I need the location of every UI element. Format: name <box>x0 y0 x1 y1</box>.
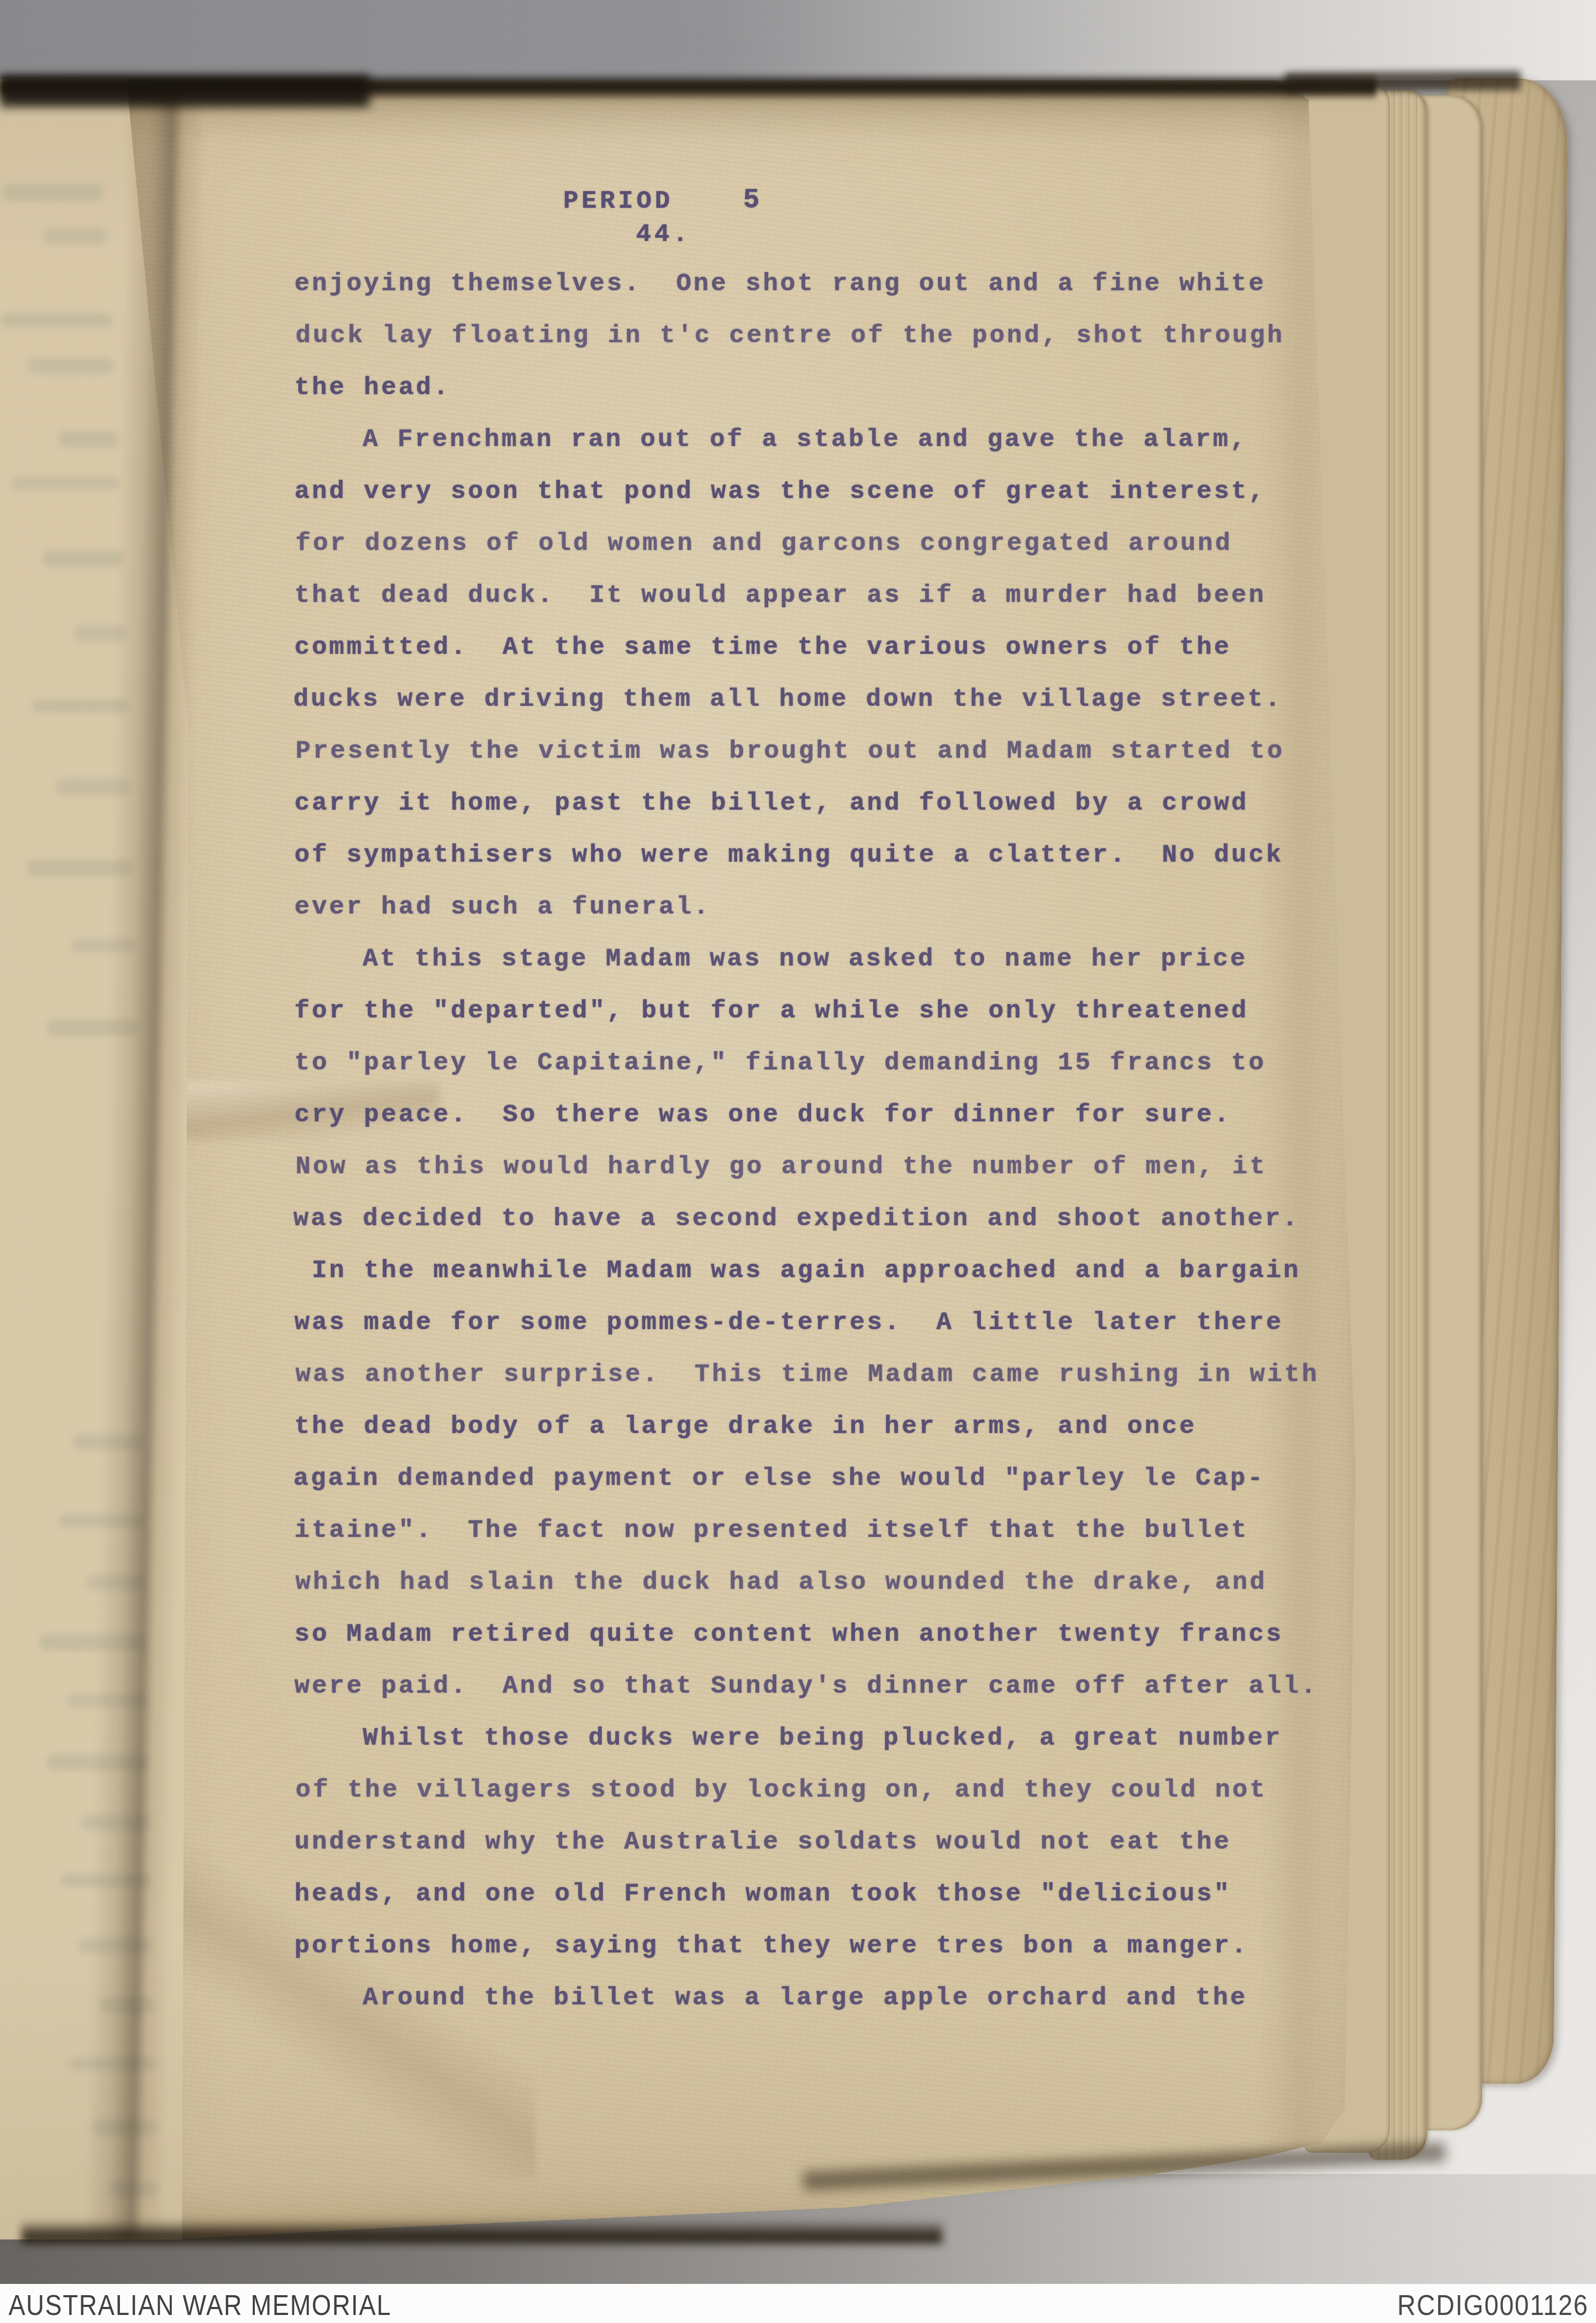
typed-line: to "parley le Capitaine," finally demand… <box>294 1037 1371 1089</box>
typed-line: Whilst those ducks were being plucked, a… <box>293 1713 1370 1764</box>
typed-line: Now as this would hardly go around the n… <box>296 1141 1372 1193</box>
typed-line: ever had such a funeral. <box>294 881 1371 933</box>
typed-line: duck lay floating in t'c centre of the p… <box>296 310 1372 362</box>
reference-id-label: RCDIG0001126 <box>1397 2289 1589 2322</box>
book-top-edge-shadow <box>0 75 369 107</box>
typed-line: was another surprise. This time Madam ca… <box>296 1349 1372 1401</box>
typed-text-block: enjoying themselves. One shot rang out a… <box>294 258 1371 2024</box>
typed-line: enjoying themselves. One shot rang out a… <box>294 258 1371 310</box>
document-page: PERIOD 5 44. enjoying themselves. One sh… <box>128 80 1379 2239</box>
typed-line: which had slain the duck had also wounde… <box>296 1557 1372 1609</box>
scanned-document-photo: PERIOD 5 44. enjoying themselves. One sh… <box>0 0 1596 2323</box>
typed-line: cry peace. So there was one duck for din… <box>294 1089 1371 1141</box>
background-surface-top <box>0 0 1596 80</box>
typed-line: was made for some pommes-de-terres. A li… <box>294 1297 1371 1349</box>
archive-name-label: AUSTRALIAN WAR MEMORIAL <box>9 2289 391 2322</box>
header-period-number: 44. <box>636 221 691 249</box>
book-bottom-edge-shadow <box>21 2220 942 2244</box>
typed-line: of the villagers stood by locking on, an… <box>296 1764 1372 1816</box>
typed-line: again demanded payment or else she would… <box>293 1453 1370 1505</box>
typed-line: At this stage Madam was now asked to nam… <box>293 933 1370 985</box>
typed-line: for dozens of old women and garcons cong… <box>296 518 1372 570</box>
typed-line: ducks were driving them all home down th… <box>293 674 1370 726</box>
typed-line: was decided to have a second expedition … <box>293 1193 1370 1245</box>
typed-line: were paid. And so that Sunday's dinner c… <box>294 1661 1371 1713</box>
typed-line: understand why the Australie soldats wou… <box>294 1816 1371 1868</box>
typed-line: committed. At the same time the various … <box>294 622 1371 674</box>
typed-line: that dead duck. It would appear as if a … <box>294 570 1371 622</box>
page-number: 5 <box>743 185 763 216</box>
typed-line: Presently the victim was brought out and… <box>296 726 1372 778</box>
typed-line: of sympathisers who were making quite a … <box>294 829 1371 881</box>
typed-line: carry it home, past the billet, and foll… <box>294 778 1371 829</box>
typed-line: heads, and one old French woman took tho… <box>294 1868 1371 1920</box>
typed-line: and very soon that pond was the scene of… <box>294 466 1371 518</box>
typed-line: so Madam retired quite content when anot… <box>294 1609 1371 1661</box>
header-period-label: PERIOD <box>563 187 673 216</box>
typed-line: for the "departed", but for a while she … <box>294 985 1371 1037</box>
typed-line: Around the billet was a large apple orch… <box>293 1972 1370 2024</box>
typed-line: A Frenchman ran out of a stable and gave… <box>293 414 1370 466</box>
typed-line: In the meanwhile Madam was again approac… <box>294 1245 1371 1297</box>
typed-line: the head. <box>294 362 1371 414</box>
digitisation-footer: AUSTRALIAN WAR MEMORIAL RCDIG0001126 <box>0 2284 1596 2323</box>
typed-line: portions home, saying that they were tre… <box>294 1920 1371 1972</box>
typed-line: itaine". The fact now presented itself t… <box>294 1505 1371 1557</box>
typed-line: the dead body of a large drake in her ar… <box>294 1401 1371 1453</box>
book-top-edge-shadow <box>1285 71 1521 92</box>
